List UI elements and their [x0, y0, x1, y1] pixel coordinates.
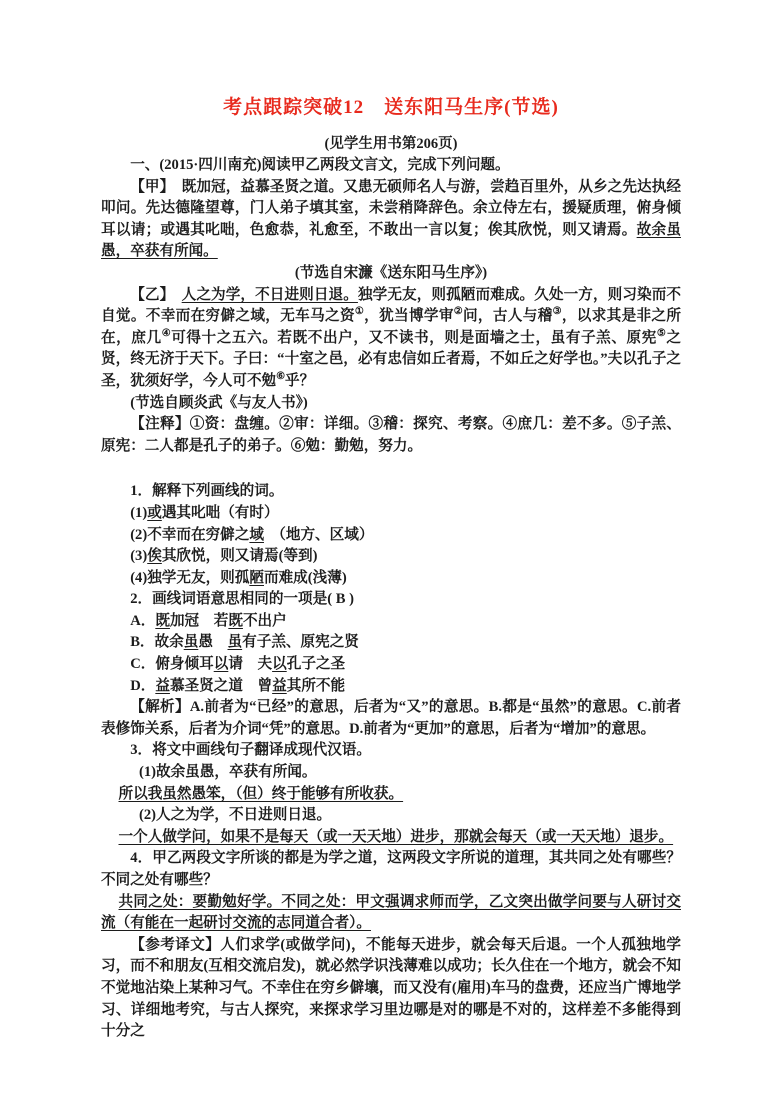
worksheet-page: 考点跟踪突破12 送东阳马生序(节选) (见学生用书第206页) 一、(2015… [0, 0, 780, 1105]
passage-yi-source: (节选自顾炎武《与友人书》) [101, 393, 681, 415]
passage-yi: 【乙】 人之为学，不日进则日退。独学无友，则孤陋而难成。久处一方，则习染而不自觉… [101, 285, 681, 393]
question-1-item-4: (4)独学无友，则孤陋而难成(浅薄) [101, 568, 681, 590]
question-3-answer-1: 所以我虽然愚笨，（但）终于能够有所收获。 [101, 784, 681, 806]
question-1-heading: 1．解释下列画线的词。 [101, 481, 681, 503]
question-2-option-a: A．既加冠 若既不出户 [101, 611, 681, 633]
question-1-item-3: (3)俟其欣悦，则又请焉(等到) [101, 546, 681, 568]
question-3-part-1: (1)故余虽愚，卒获有所闻。 [101, 762, 681, 784]
passage-jia-source: (节选自宋濂《送东阳马生序》) [101, 263, 681, 285]
question-2-option-c: C．俯身倾耳以请 夫以孔子之圣 [101, 654, 681, 676]
page-title: 考点跟踪突破12 送东阳马生序(节选) [101, 92, 681, 119]
question-3-heading: 3．将文中画线句子翻译成现代汉语。 [101, 740, 681, 762]
question-3-part-2: (2)人之为学，不日进则日退。 [101, 805, 681, 827]
answer-underlined-text: 一个人做学问，如果不是每天（或一天天地）进步，那就会每天（或一天天地）退步。 [119, 829, 674, 845]
answer-underlined-text: 共同之处：要勤勉好学。不同之处：甲文强调求师而学，乙文突出做学问要与人研讨交流（… [101, 894, 681, 932]
question-2-option-b: B．故余虽愚 虽有子羔、原宪之贤 [101, 632, 681, 654]
question-2-heading: 2．画线词语意思相同的一项是( B ) [101, 589, 681, 611]
question-4-answer: 共同之处：要勤勉好学。不同之处：甲文强调求师而学，乙文突出做学问要与人研讨交流（… [101, 892, 681, 935]
question-1-item-2: (2)不幸而在穷僻之域 （地方、区域） [101, 525, 681, 547]
notes-paragraph: 【注释】①资：盘缠。②审：详细。③稽：探究、考察。④庶几：差不多。⑤子羔、原宪：… [101, 414, 681, 457]
question-3-answer-2: 一个人做学问，如果不是每天（或一天天地）进步，那就会每天（或一天天地）退步。 [101, 827, 681, 849]
answer-underlined-text: 所以我虽然愚笨，（但）终于能够有所收获。 [119, 786, 404, 802]
section-intro: 一、(2015·四川南充)阅读甲乙两段文言文，完成下列问题。 [101, 155, 681, 177]
page-subtitle: (见学生用书第206页) [101, 132, 681, 153]
reference-translation: 【参考译文】人们求学(或做学问)，不能每天进步，就会每天后退。一个人孤独地学习，… [101, 935, 681, 1043]
section-spacer [101, 457, 681, 481]
question-2-option-d: D．益慕圣贤之道 曾益其所不能 [101, 676, 681, 698]
question-4-heading: 4．甲乙两段文字所谈的都是为学之道，这两段文字所说的道理，其共同之处有哪些？不同… [101, 848, 681, 891]
question-2-analysis: 【解析】A.前者为“已经”的意思，后者为“又”的意思。B.都是“虽然”的意思。C… [101, 697, 681, 740]
question-1-item-1: (1)或遇其叱咄（有时） [101, 503, 681, 525]
passage-jia: 【甲】 既加冠，益慕圣贤之道。又患无硕师名人与游，尝趋百里外，从乡之先达执经叩问… [101, 177, 681, 263]
